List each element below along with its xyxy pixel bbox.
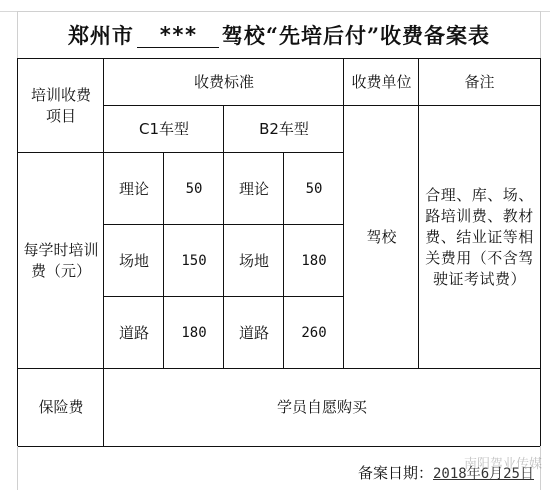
remark-value: 合理、库、场、路培训费、教材费、结业证等相关费用（不含驾驶证考试费） [423, 185, 536, 290]
remark-cell: 合理、库、场、路培训费、教材费、结业证等相关费用（不含驾驶证考试费） [418, 105, 541, 370]
b2-price-cell: 180 [283, 224, 345, 298]
insurance-label: 保险费 [38, 397, 83, 418]
c1-item-field: 场地 [119, 251, 149, 272]
b2-price-road: 260 [301, 323, 326, 344]
b2-item-field: 场地 [239, 251, 269, 272]
c1-item-cell: 道路 [103, 296, 165, 370]
header-b2-cell: B2车型 [223, 105, 345, 154]
header-b2-label: B2车型 [259, 119, 309, 140]
header-item-label: 培训收费项目 [30, 85, 92, 127]
b2-item-theory: 理论 [239, 179, 269, 200]
header-c1-label: C1车型 [139, 119, 189, 140]
c1-price-road: 180 [181, 323, 206, 344]
document-title: 郑州市 *** 驾校“先培后付”收费备案表 [17, 11, 541, 58]
header-c1-cell: C1车型 [103, 105, 225, 154]
b2-item-cell: 理论 [223, 152, 285, 226]
insurance-label-cell: 保险费 [17, 368, 105, 447]
b2-item-cell: 场地 [223, 224, 285, 298]
watermark: 南阳驾业传媒 [464, 453, 542, 472]
c1-price-cell: 180 [163, 296, 225, 370]
insurance-value: 学员自愿购买 [277, 397, 367, 418]
header-standard-cell: 收费标准 [103, 58, 345, 107]
c1-item-theory: 理论 [119, 179, 149, 200]
b2-item-cell: 道路 [223, 296, 285, 370]
hourly-fee-label: 每学时培训费（元） [20, 240, 102, 282]
header-unit-cell: 收费单位 [343, 58, 420, 107]
gridline [0, 11, 17, 12]
insurance-value-cell: 学员自愿购买 [103, 368, 541, 447]
title-blank-field: *** [137, 23, 219, 48]
c1-item-cell: 理论 [103, 152, 165, 226]
header-item-cell: 培训收费项目 [17, 58, 105, 154]
header-remark-label: 备注 [464, 72, 494, 93]
b2-price-cell: 260 [283, 296, 345, 370]
hourly-fee-label-cell: 每学时培训费（元） [17, 152, 105, 370]
c1-price-cell: 150 [163, 224, 225, 298]
gridline [541, 11, 550, 12]
title-suffix: 驾校“先培后付”收费备案表 [222, 20, 490, 50]
c1-price-theory: 50 [186, 179, 203, 200]
b2-price-field: 180 [301, 251, 326, 272]
b2-price-cell: 50 [283, 152, 345, 226]
unit-cell: 驾校 [343, 105, 420, 370]
c1-item-road: 道路 [119, 323, 149, 344]
header-standard-label: 收费标准 [194, 72, 254, 93]
b2-price-theory: 50 [306, 179, 323, 200]
b2-item-road: 道路 [239, 323, 269, 344]
c1-price-cell: 50 [163, 152, 225, 226]
filing-date-label: 备案日期： [358, 464, 433, 482]
unit-value: 驾校 [366, 227, 396, 248]
header-remark-cell: 备注 [418, 58, 541, 107]
footer: 备案日期：2018年6月25日 [17, 446, 541, 490]
c1-price-field: 150 [181, 251, 206, 272]
c1-item-cell: 场地 [103, 224, 165, 298]
title-prefix: 郑州市 [68, 20, 134, 50]
header-unit-label: 收费单位 [351, 72, 411, 93]
